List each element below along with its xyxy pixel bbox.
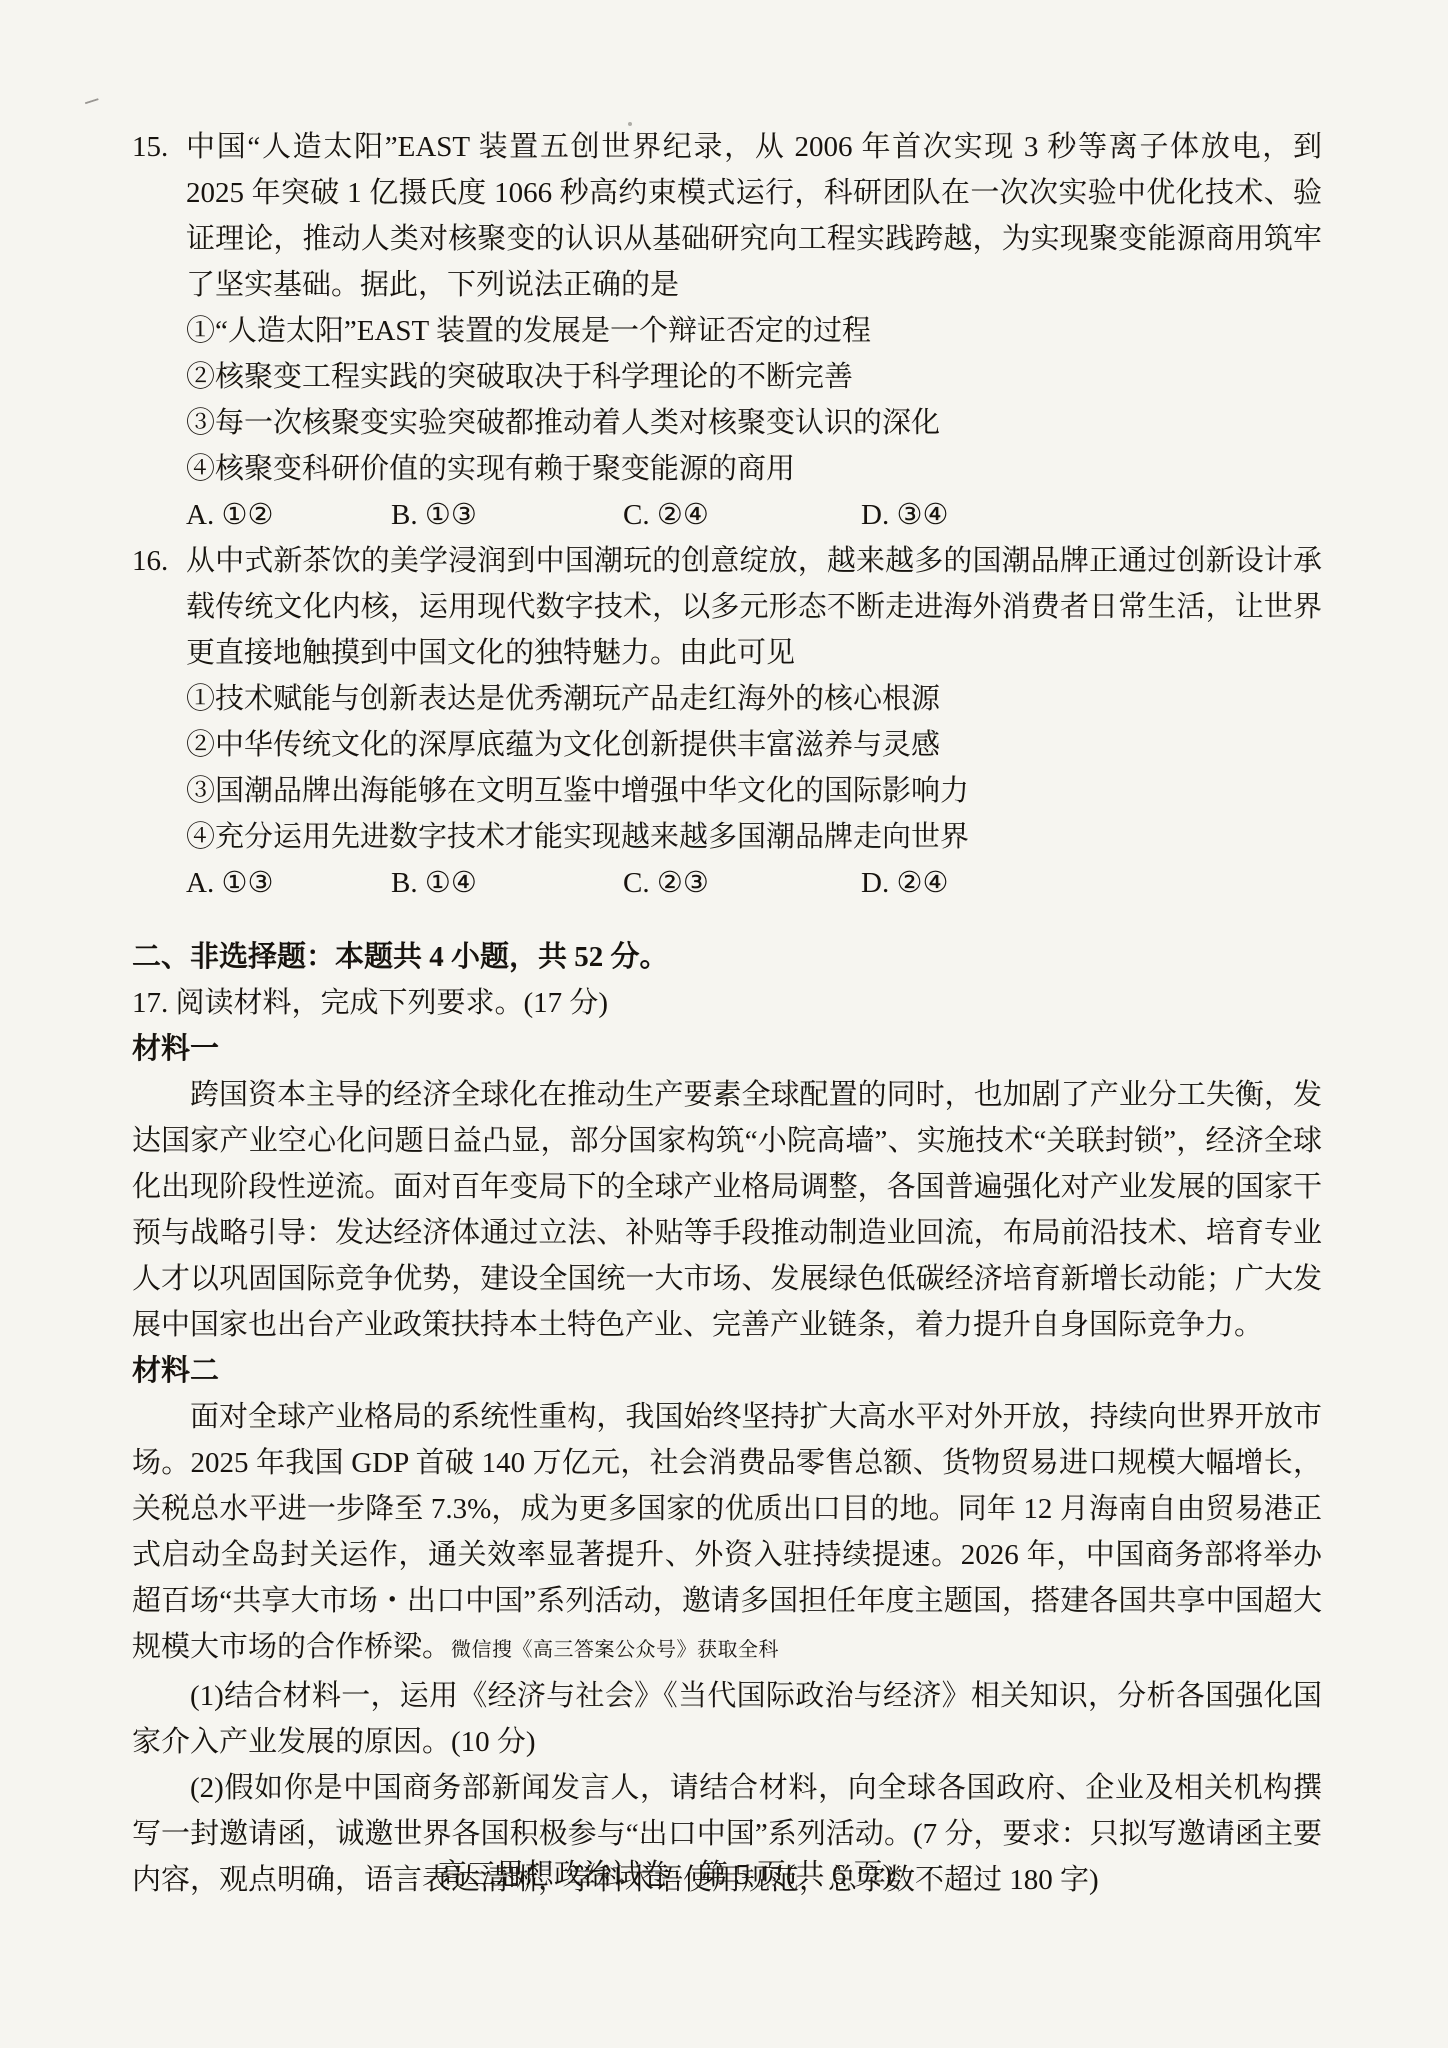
- watermark-note: 微信搜《高三答案公众号》获取全科: [451, 1639, 779, 1661]
- question-16-option-b: B. ①④: [391, 860, 623, 906]
- question-15-statement-4: ④核聚变科研价值的实现有赖于聚变能源的商用: [186, 446, 1322, 492]
- question-15-option-a: A. ①②: [186, 492, 391, 538]
- question-16-body: 从中式新茶饮的美学浸润到中国潮玩的创意绽放，越来越多的国潮品牌正通过创新设计承载…: [186, 538, 1322, 906]
- question-16: 16. 从中式新茶饮的美学浸润到中国潮玩的创意绽放，越来越多的国潮品牌正通过创新…: [132, 538, 1322, 906]
- question-16-option-d: D. ②④: [861, 860, 1322, 906]
- question-17-sub-1: (1)结合材料一，运用《经济与社会》《当代国际政治与经济》相关知识，分析各国强化…: [132, 1673, 1322, 1765]
- question-16-statement-2: ②中华传统文化的深厚底蕴为文化创新提供丰富滋养与灵感: [186, 722, 1322, 768]
- question-15-statement-3: ③每一次核聚变实验突破都推动着人类对核聚变认识的深化: [186, 400, 1322, 446]
- question-15-option-b: B. ①③: [391, 492, 623, 538]
- material-2-label: 材料二: [132, 1348, 1322, 1394]
- question-16-stem: 从中式新茶饮的美学浸润到中国潮玩的创意绽放，越来越多的国潮品牌正通过创新设计承载…: [186, 538, 1322, 676]
- page-footer: 高三思想政治试卷 第 5 页(共 6 页): [0, 1852, 1330, 1898]
- question-15-statement-1: ①“人造太阳”EAST 装置的发展是一个辩证否定的过程: [186, 308, 1322, 354]
- question-16-statement-1: ①技术赋能与创新表达是优秀潮玩产品走红海外的核心根源: [186, 676, 1322, 722]
- scan-artifact: [85, 98, 101, 112]
- question-16-number: 16.: [132, 538, 186, 906]
- question-15-statement-2: ②核聚变工程实践的突破取决于科学理论的不断完善: [186, 354, 1322, 400]
- question-15-options-row: A. ①② B. ①③ C. ②④ D. ③④: [186, 492, 1322, 538]
- material-2-body: 面对全球产业格局的系统性重构，我国始终坚持扩大高水平对外开放，持续向世界开放市场…: [132, 1401, 1322, 1663]
- question-15-number: 15.: [132, 124, 186, 538]
- question-16-option-c: C. ②③: [623, 860, 861, 906]
- question-15-option-c: C. ②④: [623, 492, 861, 538]
- question-16-statement-3: ③国潮品牌出海能够在文明互鉴中增强中华文化的国际影响力: [186, 768, 1322, 814]
- exam-page: 15. 中国“人造太阳”EAST 装置五创世界纪录，从 2006 年首次实现 3…: [0, 0, 1448, 2048]
- material-2-text: 面对全球产业格局的系统性重构，我国始终坚持扩大高水平对外开放，持续向世界开放市场…: [132, 1394, 1322, 1673]
- material-1-label: 材料一: [132, 1026, 1322, 1072]
- question-15-body: 中国“人造太阳”EAST 装置五创世界纪录，从 2006 年首次实现 3 秒等离…: [186, 124, 1322, 538]
- page-content: 15. 中国“人造太阳”EAST 装置五创世界纪录，从 2006 年首次实现 3…: [132, 124, 1322, 1903]
- question-15-option-d: D. ③④: [861, 492, 1322, 538]
- question-17-intro: 17. 阅读材料，完成下列要求。(17 分): [132, 980, 1322, 1026]
- material-1-text: 跨国资本主导的经济全球化在推动生产要素全球配置的同时，也加剧了产业分工失衡，发达…: [132, 1072, 1322, 1348]
- question-15: 15. 中国“人造太阳”EAST 装置五创世界纪录，从 2006 年首次实现 3…: [132, 124, 1322, 538]
- question-16-options-row: A. ①③ B. ①④ C. ②③ D. ②④: [186, 860, 1322, 906]
- section-2-heading: 二、非选择题：本题共 4 小题，共 52 分。: [132, 934, 1322, 980]
- question-16-option-a: A. ①③: [186, 860, 391, 906]
- question-16-statement-4: ④充分运用先进数字技术才能实现越来越多国潮品牌走向世界: [186, 814, 1322, 860]
- question-15-stem: 中国“人造太阳”EAST 装置五创世界纪录，从 2006 年首次实现 3 秒等离…: [186, 124, 1322, 308]
